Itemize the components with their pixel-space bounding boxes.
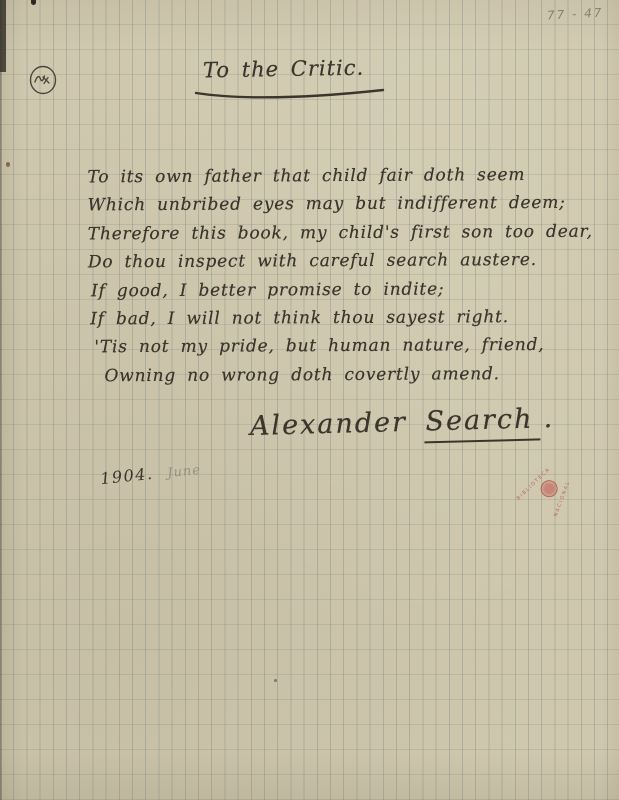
poem-line: If good, I better promise to indite; xyxy=(88,274,593,305)
date-year: 1904. xyxy=(99,464,154,488)
poem-line: If bad, I will not think thou sayest rig… xyxy=(88,303,593,334)
poem-title: To the Critic. xyxy=(203,56,365,83)
poem-line: 'Tis not my pride, but human nature, fri… xyxy=(88,331,593,362)
paper-speck xyxy=(274,679,277,682)
archival-number: 77 - 47 xyxy=(546,6,603,23)
date-month-pencil: June xyxy=(167,463,202,481)
paper-speck xyxy=(6,162,10,167)
library-stamp: BIBLIOTECA NACIONAL xyxy=(512,450,587,527)
poem-body: To its own father that child fair doth s… xyxy=(87,161,593,391)
date-line: 1904.June xyxy=(99,459,201,488)
poem-line: Which unbribed eyes may but indifferent … xyxy=(88,189,593,220)
scan-edge-notch xyxy=(31,0,36,5)
signature-first-name: Alexander xyxy=(250,407,408,442)
title-underline-flourish xyxy=(193,87,389,103)
signature-last-name: Search xyxy=(423,403,540,443)
scan-edge-line xyxy=(0,0,2,800)
circled-check-icon xyxy=(28,64,58,100)
poem-line: Do thou inspect with careful search aust… xyxy=(88,246,593,277)
signature-period: . xyxy=(543,403,554,434)
poem-line: Owning no wrong doth covertly amend. xyxy=(88,360,593,391)
poem-title-block: To the Critic. xyxy=(203,57,364,81)
poem-line: To its own father that child fair doth s… xyxy=(87,161,592,192)
manuscript-page: 77 - 47 To the Critic. To its own father… xyxy=(0,0,619,800)
poem-line: Therefore this book, my child's first so… xyxy=(88,217,593,248)
signature: Alexander Search. xyxy=(250,403,555,448)
